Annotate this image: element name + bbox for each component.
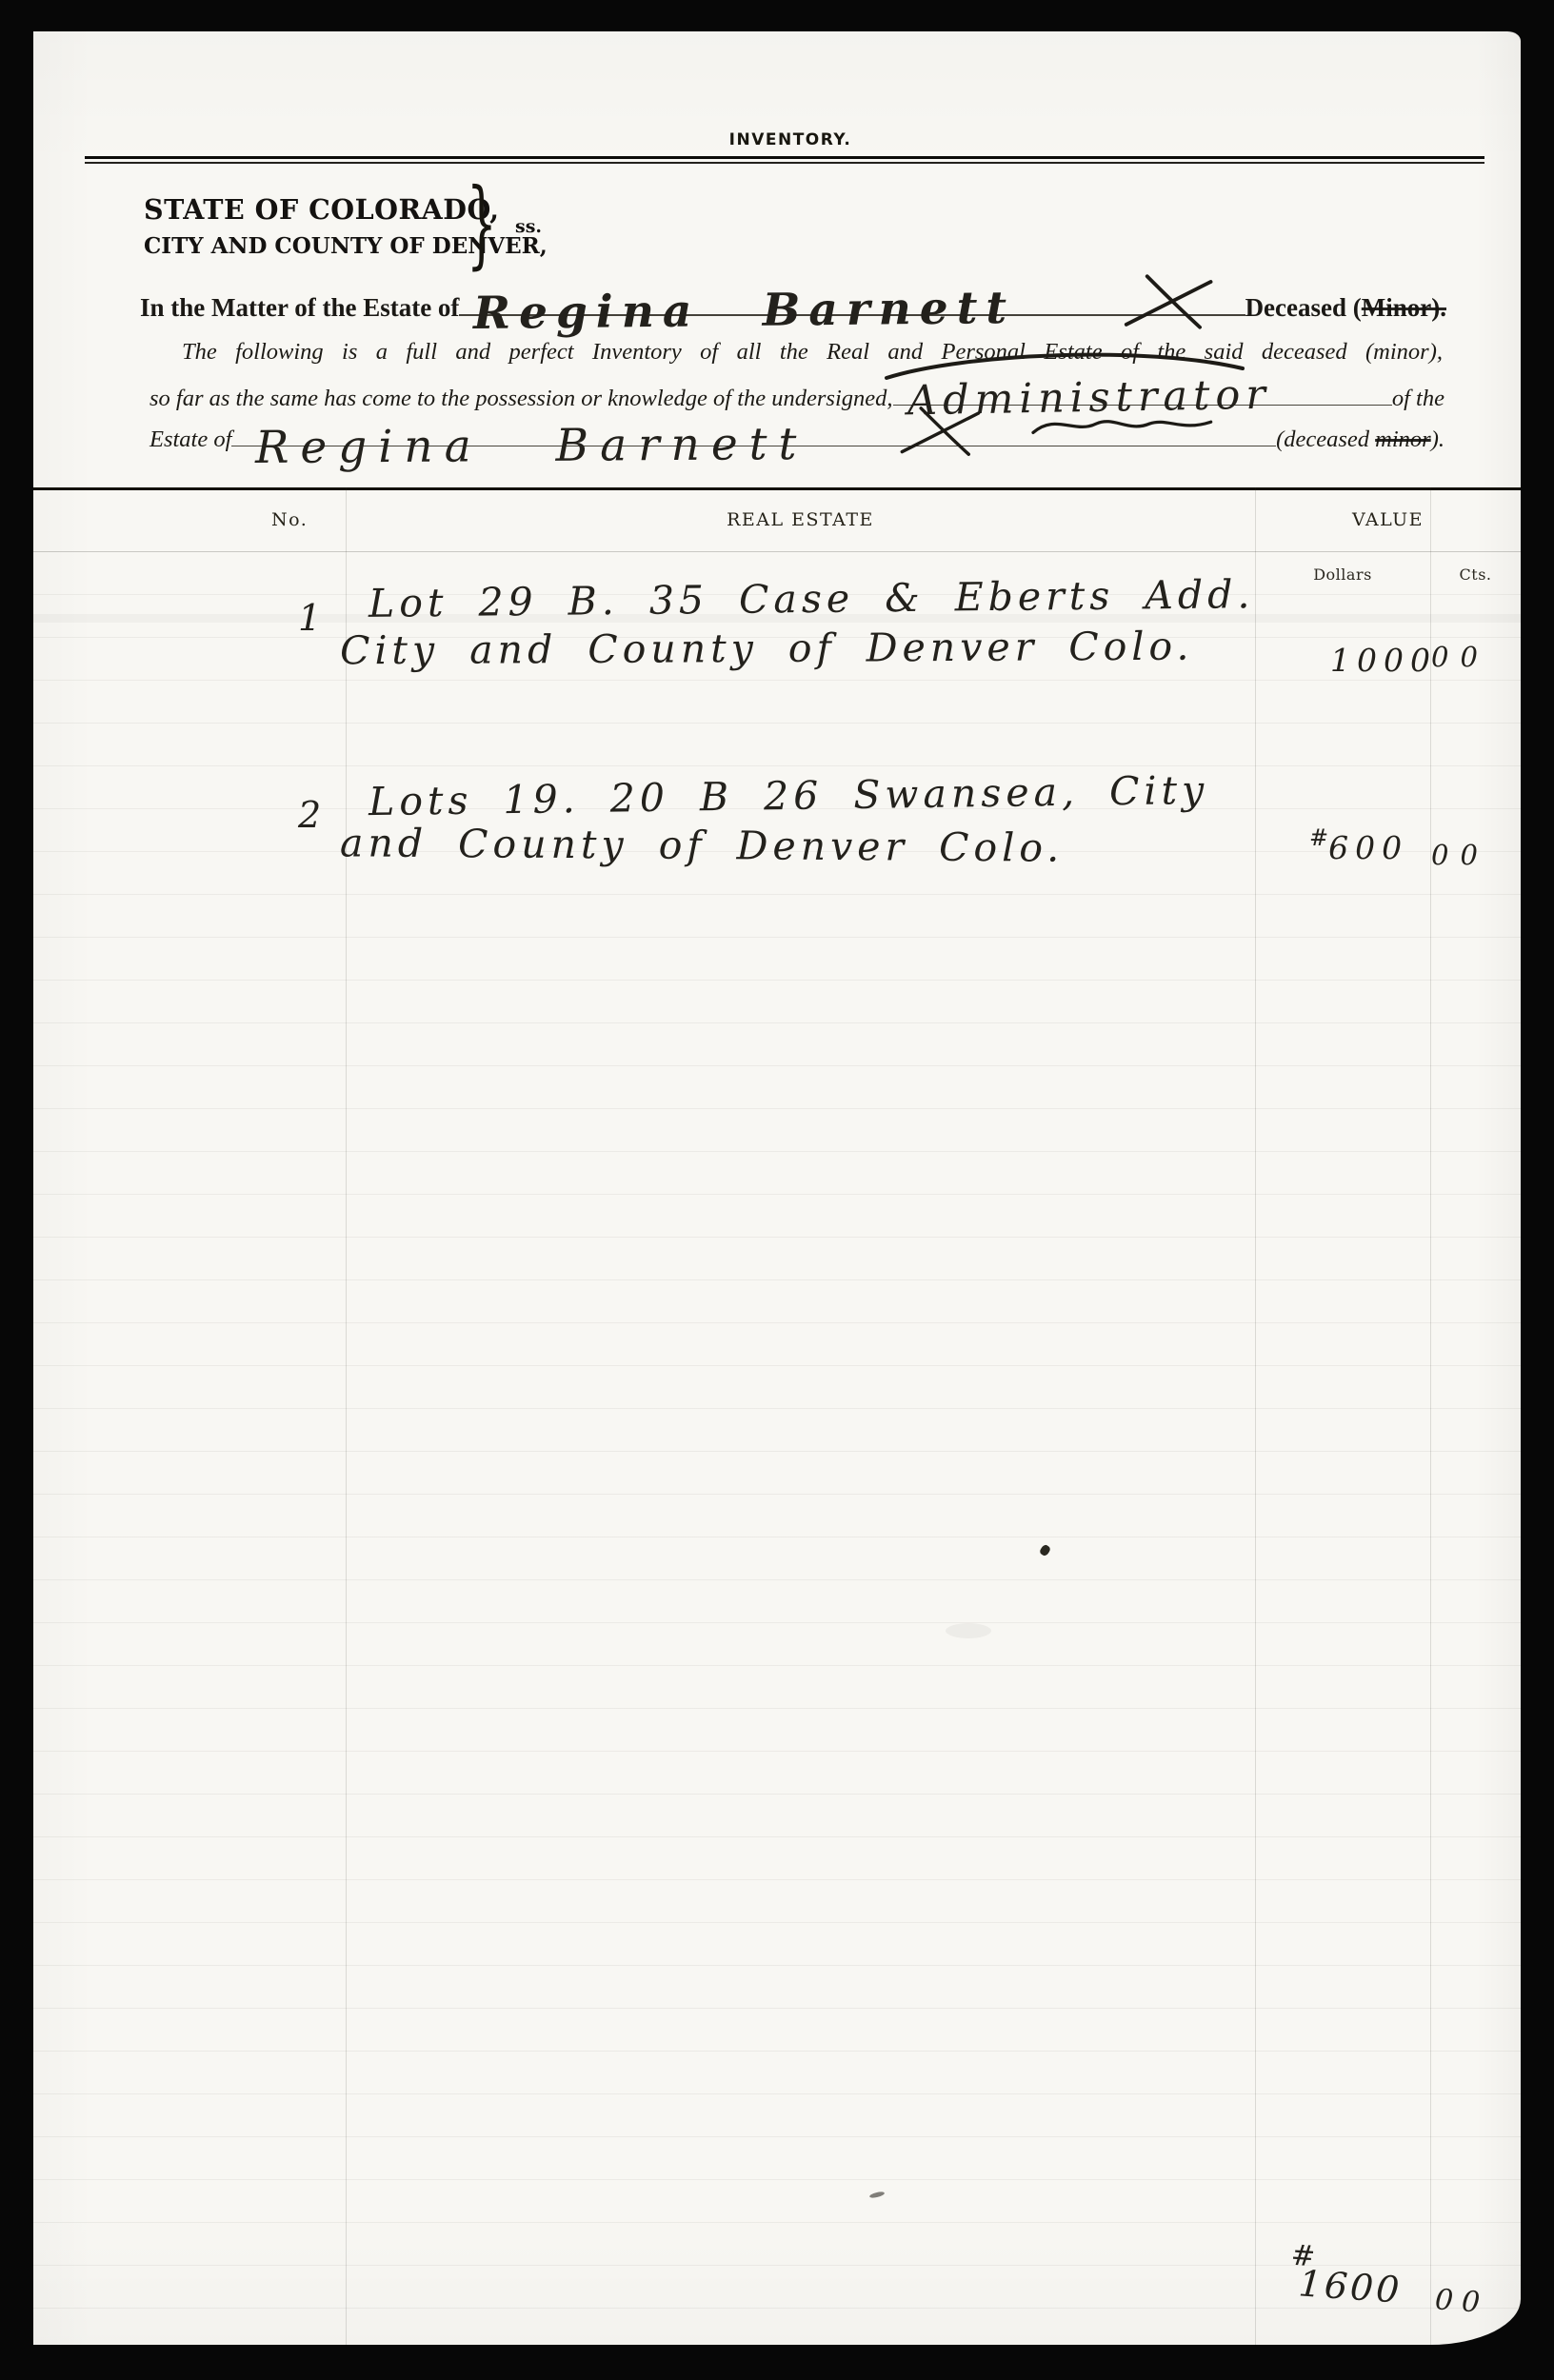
column-line-no: [346, 487, 347, 2345]
total-dollars: 1600: [1297, 2262, 1404, 2311]
preamble-line-2: so far as the same has come to the posse…: [149, 378, 1444, 415]
estate-name-blank-line: Regina Barnett: [231, 419, 1276, 446]
handwritten-estate-name-2: Regina Barnett: [255, 428, 808, 465]
caption-prefix: In the Matter of the Estate of: [140, 290, 459, 325]
column-line-value: [1255, 487, 1256, 2345]
dollars-amount: 600: [1328, 829, 1408, 866]
x-flourish-icon: [1122, 272, 1222, 331]
x-flourish-icon: [898, 404, 988, 459]
row-value-dollars: 1000: [1330, 637, 1437, 679]
row-number: 1: [298, 597, 321, 639]
column-line-cents: [1430, 487, 1431, 2345]
header-double-rule: [85, 156, 1484, 164]
ruled-lines: [33, 551, 1521, 2345]
column-header-no: No.: [271, 509, 308, 530]
deceased-minor-struck: Minor).: [1362, 293, 1446, 322]
deceased-minor-close: ).: [1431, 426, 1444, 452]
preamble-line3-printed: Estate of: [149, 424, 231, 456]
estate-caption-line: In the Matter of the Estate of Regina Ba…: [140, 285, 1446, 325]
row-description-line: Lot 29 B. 35 Case & Eberts Add.: [369, 571, 1255, 626]
preamble-line-3: Estate of Regina Barnett (deceased minor…: [149, 419, 1444, 456]
row-description-line: and County of Denver Colo.: [340, 820, 1065, 870]
column-header-value: VALUE: [1255, 509, 1521, 530]
scanned-document-paper: INVENTORY. STATE OF COLORADO, CITY AND C…: [33, 31, 1521, 2345]
squiggle-flourish-icon: [1026, 411, 1226, 438]
table-top-rule: [33, 487, 1521, 490]
deceased-label: Deceased (Minor).: [1245, 290, 1446, 325]
preamble-line2-tail: of the: [1392, 383, 1444, 415]
handwritten-estate-name: Regina Barnett: [473, 291, 1015, 331]
ss-brace-icon: }: [467, 180, 497, 268]
dollars-amount: 1000: [1330, 642, 1437, 679]
deceased-minor-open: (deceased: [1276, 426, 1375, 452]
minor-struck: minor: [1375, 426, 1431, 452]
form-title: INVENTORY.: [662, 130, 919, 149]
row-value-dollars: #600: [1309, 824, 1408, 866]
preamble-line-1: The following is a full and perfect Inve…: [182, 336, 1443, 368]
ss-label: ss.: [515, 216, 542, 237]
row-description-line: City and County of Denver Colo.: [340, 624, 1194, 674]
column-header-real-estate: REAL ESTATE: [346, 509, 1255, 530]
preamble-line2-printed: so far as the same has come to the posse…: [149, 383, 893, 415]
deceased-label-open: Deceased (: [1245, 293, 1362, 322]
row-value-cents: 00: [1431, 839, 1489, 871]
row-number: 2: [298, 794, 321, 836]
dollar-mark: #: [1309, 824, 1328, 851]
administrator-blank-line: Administrator: [893, 378, 1392, 406]
state-line: STATE OF COLORADO,: [144, 193, 500, 226]
total-cents: 00: [1434, 2283, 1489, 2320]
pen-arc-flourish-icon: [879, 349, 1250, 382]
caption-blank-line: Regina Barnett: [459, 285, 1245, 316]
total-value: # 1600 00: [1267, 2237, 1512, 2358]
scan-speck: [946, 1623, 991, 1638]
row-value-cents: 00: [1431, 641, 1489, 673]
deceased-minor-label: (deceased minor).: [1276, 424, 1444, 456]
